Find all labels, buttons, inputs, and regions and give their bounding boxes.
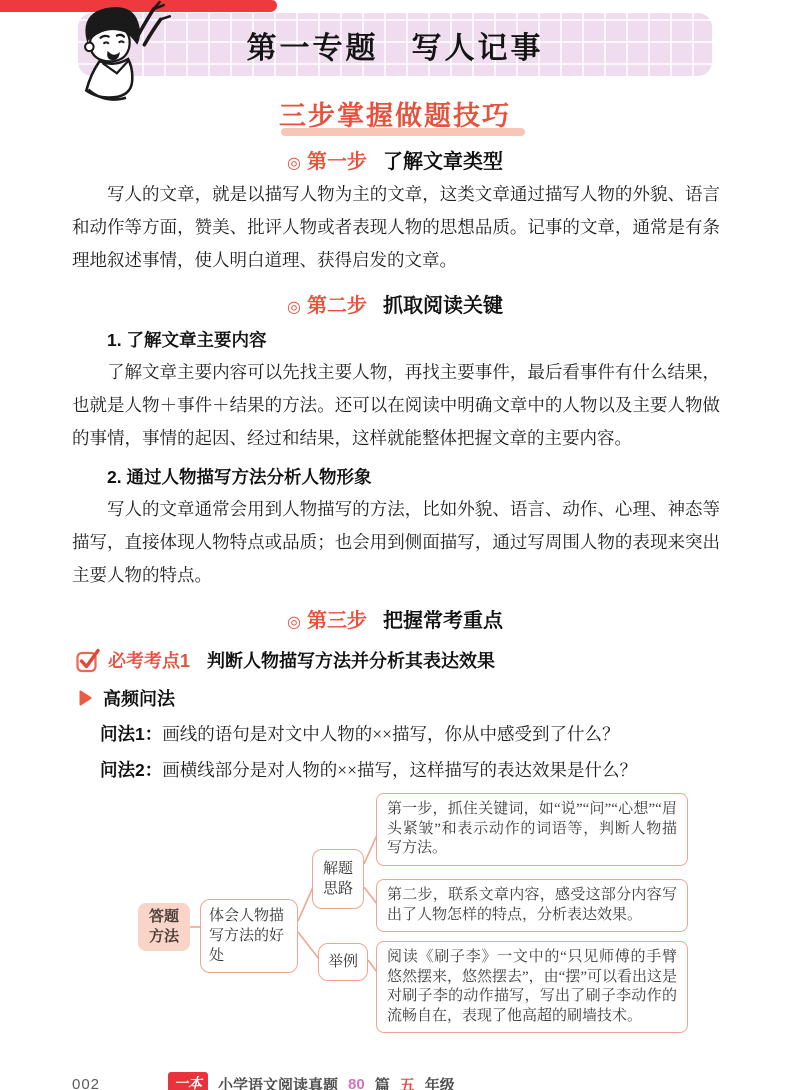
question-1-text: 画线的语句是对文中人物的××描写，你从中感受到了什么？	[162, 724, 619, 744]
step3-label: 第三步	[307, 604, 367, 633]
flow-leaf-step1: 第一步，抓住关键词，如“说”“问”“心想”“眉头紧皱”和表示动作的词语等，判断人…	[376, 793, 688, 866]
step3-title: 把握常考重点	[383, 604, 503, 633]
question-pattern-2: 问法2：画横线部分是对人物的××描写，这样描写的表达效果是什么？	[100, 757, 720, 783]
question-2-text: 画横线部分是对人物的××描写，这样描写的表达效果是什么？	[162, 760, 637, 780]
step2-label: 第二步	[307, 289, 367, 318]
step1-title: 了解文章类型	[383, 145, 503, 174]
step2-paragraph-1: 了解文章主要内容可以先找主要人物，再找主要事件，最后看事件有什么结果，也就是人物…	[72, 356, 720, 455]
triangle-arrow-icon	[78, 689, 93, 707]
step1-label: 第一步	[307, 145, 367, 174]
footer-count: 80	[348, 1076, 365, 1090]
question-1-label: 问法1：	[100, 724, 162, 744]
must-test-point-title: 判断人物描写方法并分析其表达效果	[207, 647, 495, 673]
frequent-question-row: 高频问法	[78, 685, 790, 711]
footer-grade-highlight: 五	[400, 1074, 415, 1090]
step2-heading: ◎ 第二步 抓取阅读关键	[0, 289, 790, 318]
question-pattern-1: 问法1：画线的语句是对文中人物的××描写，你从中感受到了什么？	[100, 721, 720, 747]
flow-node-approach: 解题 思路	[312, 849, 364, 909]
ring-bullet-icon: ◎	[287, 612, 301, 632]
book-page: 第一专题 写人记事 三步掌握做题技巧 ◎ 第一步 了解文章类型 写人的文章，就是…	[0, 0, 790, 1090]
footer-series-title: 小学语文阅读真题	[218, 1074, 338, 1090]
step2-title: 抓取阅读关键	[383, 289, 503, 318]
chapter-title: 第一专题 写人记事	[247, 23, 544, 67]
page-footer: 002 一本 小学语文阅读真题 80 篇 五 年级	[72, 1072, 455, 1090]
step1-paragraph: 写人的文章，就是以描写人物为主的文章，这类文章通过描写人物的外貌、语言和动作等方…	[72, 178, 720, 277]
page-number: 002	[72, 1076, 100, 1090]
question-2-label: 问法2：	[100, 760, 162, 780]
step2-subheading-1: 1. 了解文章主要内容	[72, 328, 720, 352]
footer-grade: 年级	[425, 1074, 455, 1090]
flow-leaf-step2: 第二步，联系文章内容，感受这部分内容写出了人物怎样的特点，分析表达效果。	[376, 879, 688, 932]
footer-unit: 篇	[375, 1074, 390, 1090]
checkbox-check-icon	[76, 648, 99, 672]
flow-node-example: 举例	[318, 943, 368, 981]
step2-paragraph-2: 写人的文章通常会用到人物描写的方法，比如外貌、语言、动作、心理、神态等描写，直接…	[72, 493, 720, 592]
frequent-question-label: 高频问法	[103, 685, 175, 711]
answer-method-flowchart: 答题 方法 体会人物描写方法的好处 解题 思路 举例 第一步，抓住关键词，如“说…	[0, 791, 790, 1049]
step2-subheading-2: 2. 通过人物描写方法分析人物形象	[72, 465, 720, 489]
boy-mascot-illustration	[68, 0, 182, 112]
flow-leaf-example: 阅读《刷子李》一文中的“只见师傅的手臂悠然摆来，悠然摆去”，由“摆”可以看出这是…	[376, 941, 688, 1033]
flow-node-benefit: 体会人物描写方法的好处	[200, 899, 298, 973]
must-test-point-row: 必考考点1 判断人物描写方法并分析其表达效果	[76, 647, 790, 673]
ring-bullet-icon: ◎	[287, 153, 301, 173]
ring-bullet-icon: ◎	[287, 297, 301, 317]
must-test-point-label: 必考考点1	[108, 647, 190, 673]
step1-heading: ◎ 第一步 了解文章类型	[0, 145, 790, 174]
step3-heading: ◎ 第三步 把握常考重点	[0, 604, 790, 633]
flow-node-answer-method: 答题 方法	[138, 903, 190, 951]
publisher-logo-badge: 一本	[168, 1072, 208, 1090]
main-title-text: 三步掌握做题技巧	[279, 94, 511, 133]
